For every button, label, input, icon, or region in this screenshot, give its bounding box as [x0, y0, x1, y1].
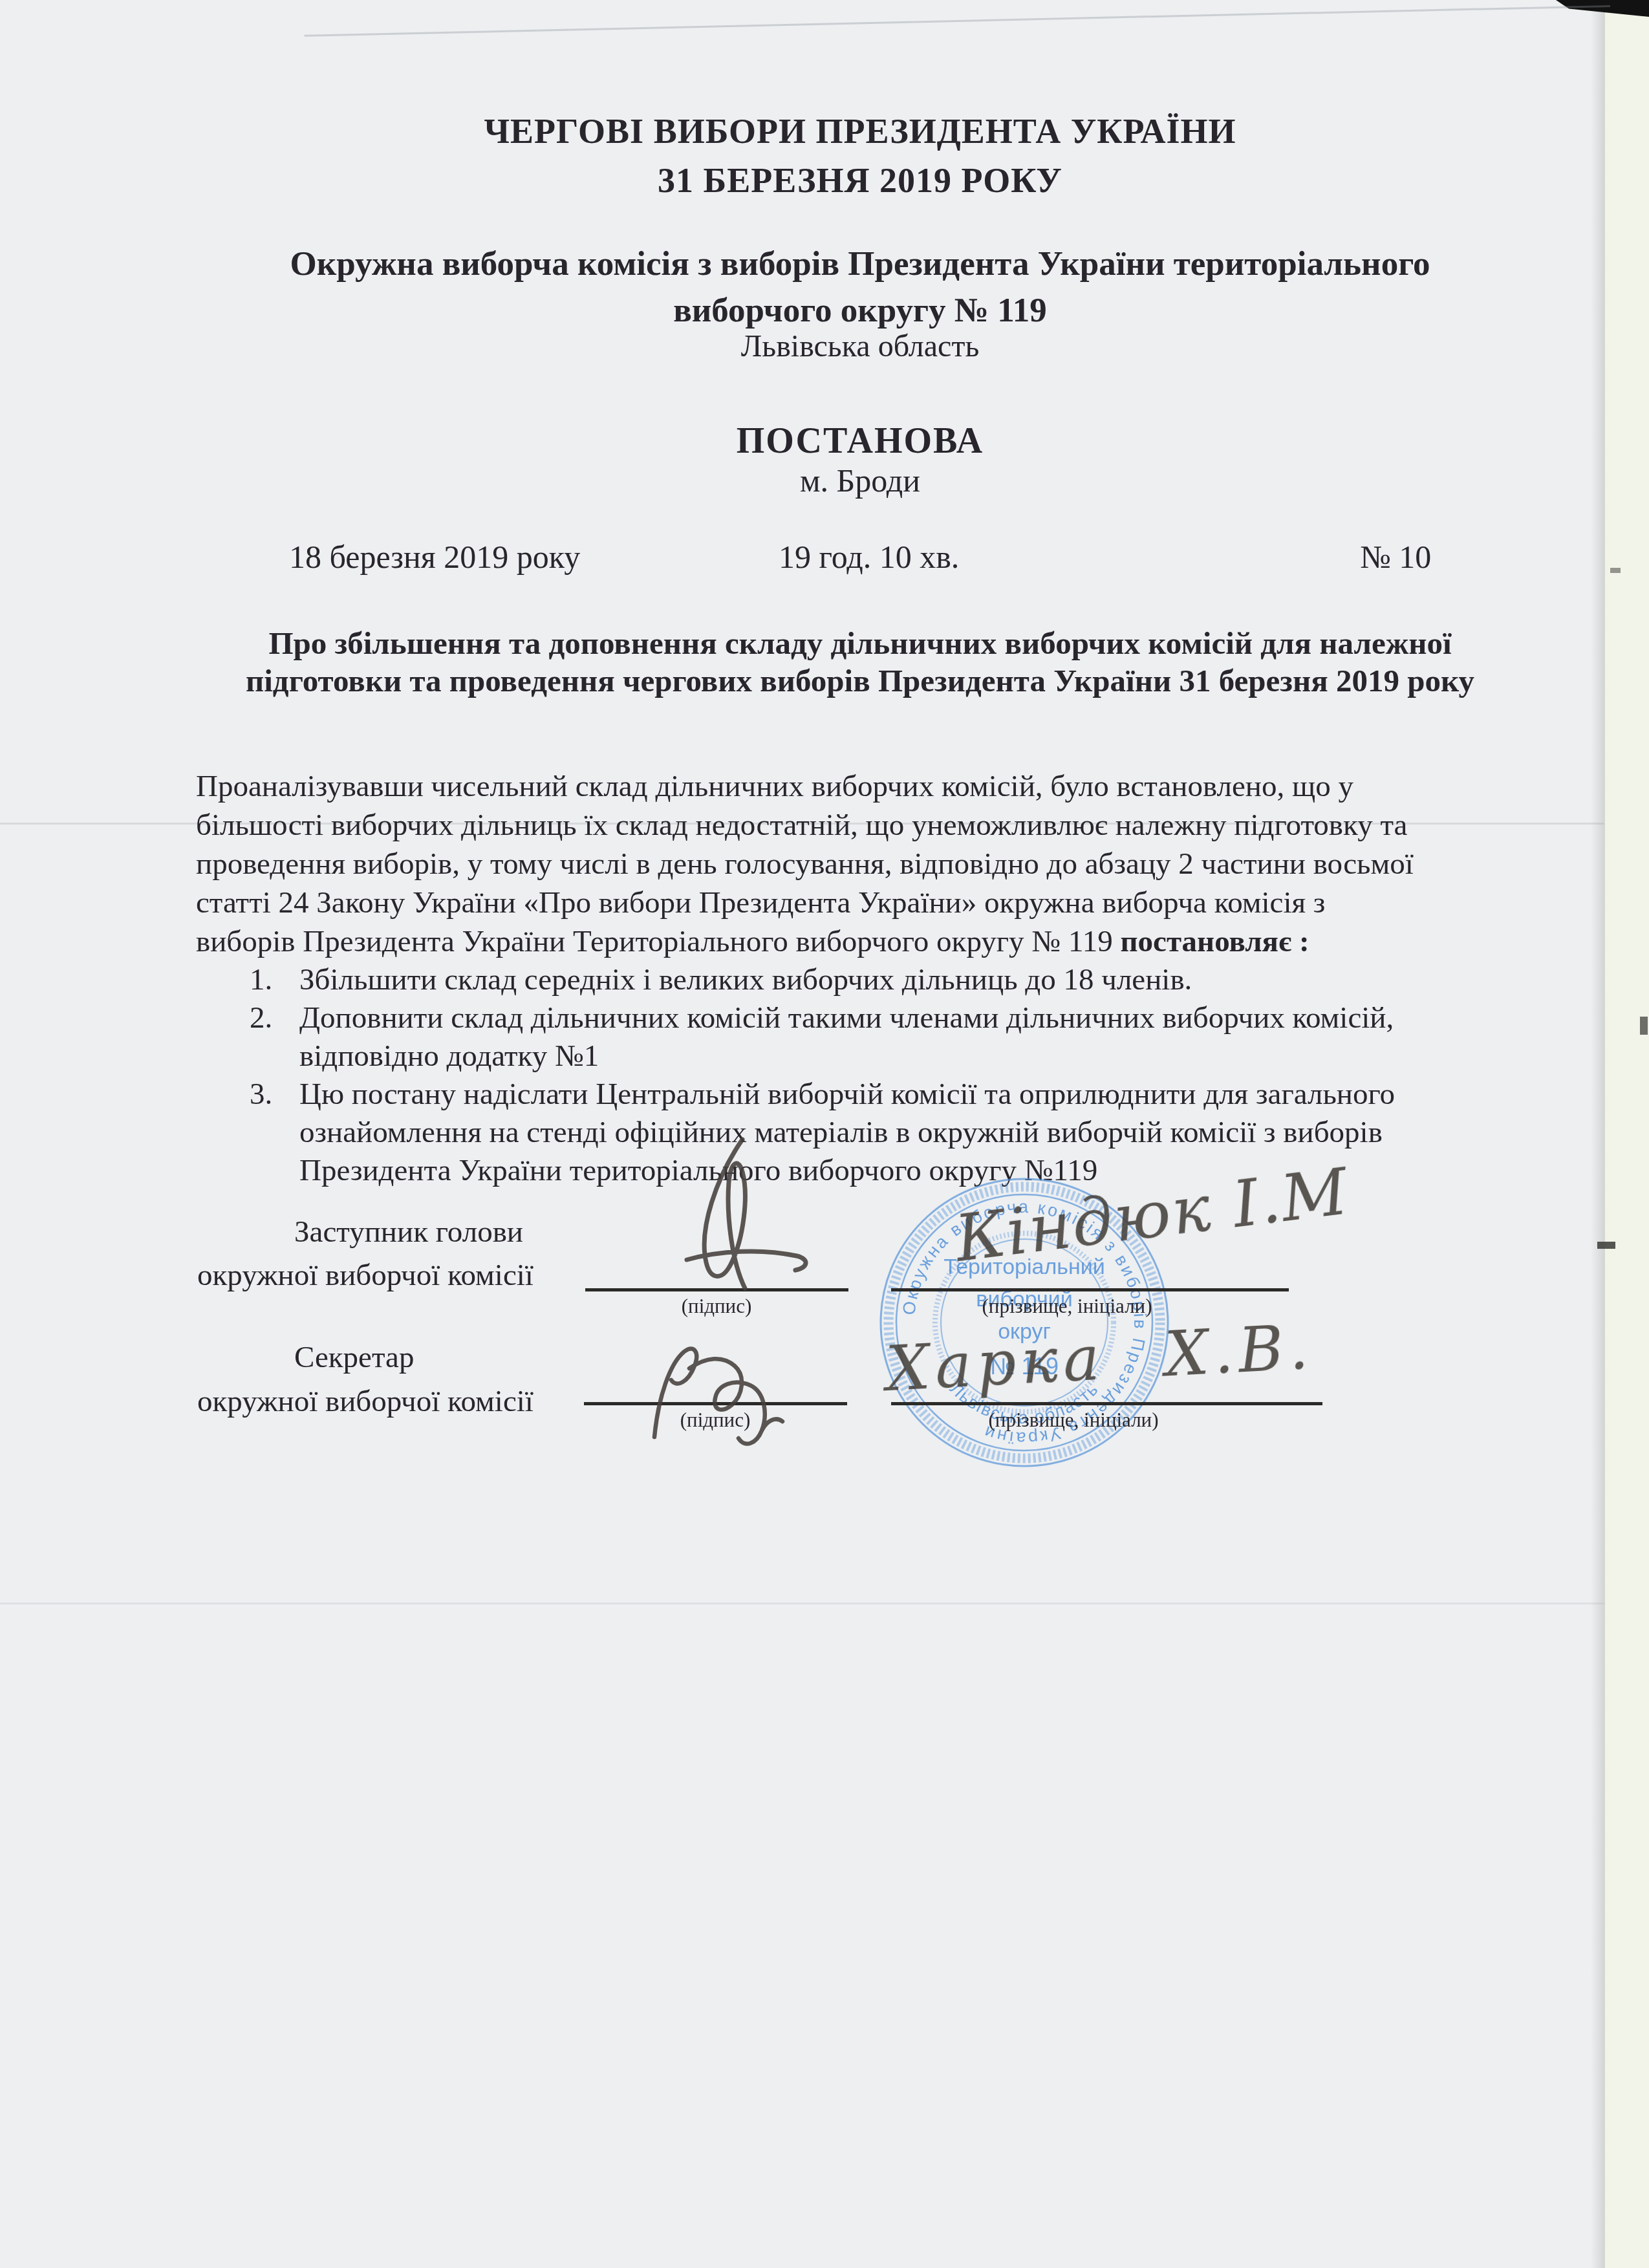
- role-deputy-head-line1: Заступник голови: [294, 1215, 523, 1249]
- region-name: Львівська область: [188, 329, 1533, 364]
- list-item-text: Доповнити склад дільничних комісій таким…: [299, 1001, 1394, 1073]
- document-time: 19 год. 10 хв.: [779, 538, 959, 576]
- paper-top-edge-line: [304, 5, 1610, 37]
- role-deputy-head-line2: окружної виборчої комісії: [197, 1258, 533, 1293]
- body-paragraph: Проаналізувавши чисельний склад дільничн…: [196, 767, 1538, 961]
- commission-name-line2: виборчого округу № 119: [188, 291, 1533, 330]
- scan-speck: [1610, 568, 1621, 573]
- list-item-text: Збільшити склад середніх і великих вибор…: [299, 963, 1192, 997]
- list-item-number: 3.: [250, 1075, 272, 1114]
- paper-right-edge-shadow: [1591, 0, 1605, 2268]
- role-secretary-line2: окружної виборчої комісії: [197, 1384, 533, 1419]
- document-place: м. Броди: [188, 462, 1533, 499]
- document-number: № 10: [1360, 538, 1431, 576]
- signature-deputy-head: [687, 1139, 806, 1288]
- role-secretary-line1: Секретар: [294, 1340, 414, 1375]
- scan-edge-strip: [1604, 0, 1649, 2268]
- list-item-number: 2.: [250, 999, 272, 1037]
- signature-secretary: [654, 1349, 782, 1444]
- handwriting-layer: Кіндюк І.М Харка Х.В.: [569, 1093, 1449, 1507]
- list-item: 2. Доповнити склад дільничних комісій та…: [250, 999, 1533, 1075]
- document-date: 18 березня 2019 року: [289, 538, 580, 576]
- fold-crease: [0, 1603, 1604, 1604]
- commission-name-line1: Окружна виборча комісія з виборів Презид…: [188, 244, 1533, 283]
- document-type-heading: ПОСТАНОВА: [188, 420, 1533, 462]
- handwritten-name-secretary: Харка Х.В.: [879, 1312, 1315, 1405]
- list-item: 1. Збільшити склад середніх і великих ви…: [250, 961, 1533, 999]
- body-paragraph-resolves: постановляє :: [1120, 925, 1309, 958]
- scan-speck: [1597, 1242, 1615, 1249]
- handwritten-name-deputy: Кіндюк І.М: [950, 1153, 1353, 1277]
- page-title-line1: ЧЕРГОВІ ВИБОРИ ПРЕЗИДЕНТА УКРАЇНИ: [188, 111, 1533, 151]
- page-title-line2: 31 БЕРЕЗНЯ 2019 РОКУ: [188, 160, 1533, 200]
- scanned-resolution-page: ЧЕРГОВІ ВИБОРИ ПРЕЗИДЕНТА УКРАЇНИ 31 БЕР…: [0, 0, 1649, 2268]
- subject-line: Про збільшення та доповнення складу діль…: [188, 625, 1533, 700]
- list-item-number: 1.: [250, 961, 272, 999]
- scan-speck: [1640, 1017, 1648, 1035]
